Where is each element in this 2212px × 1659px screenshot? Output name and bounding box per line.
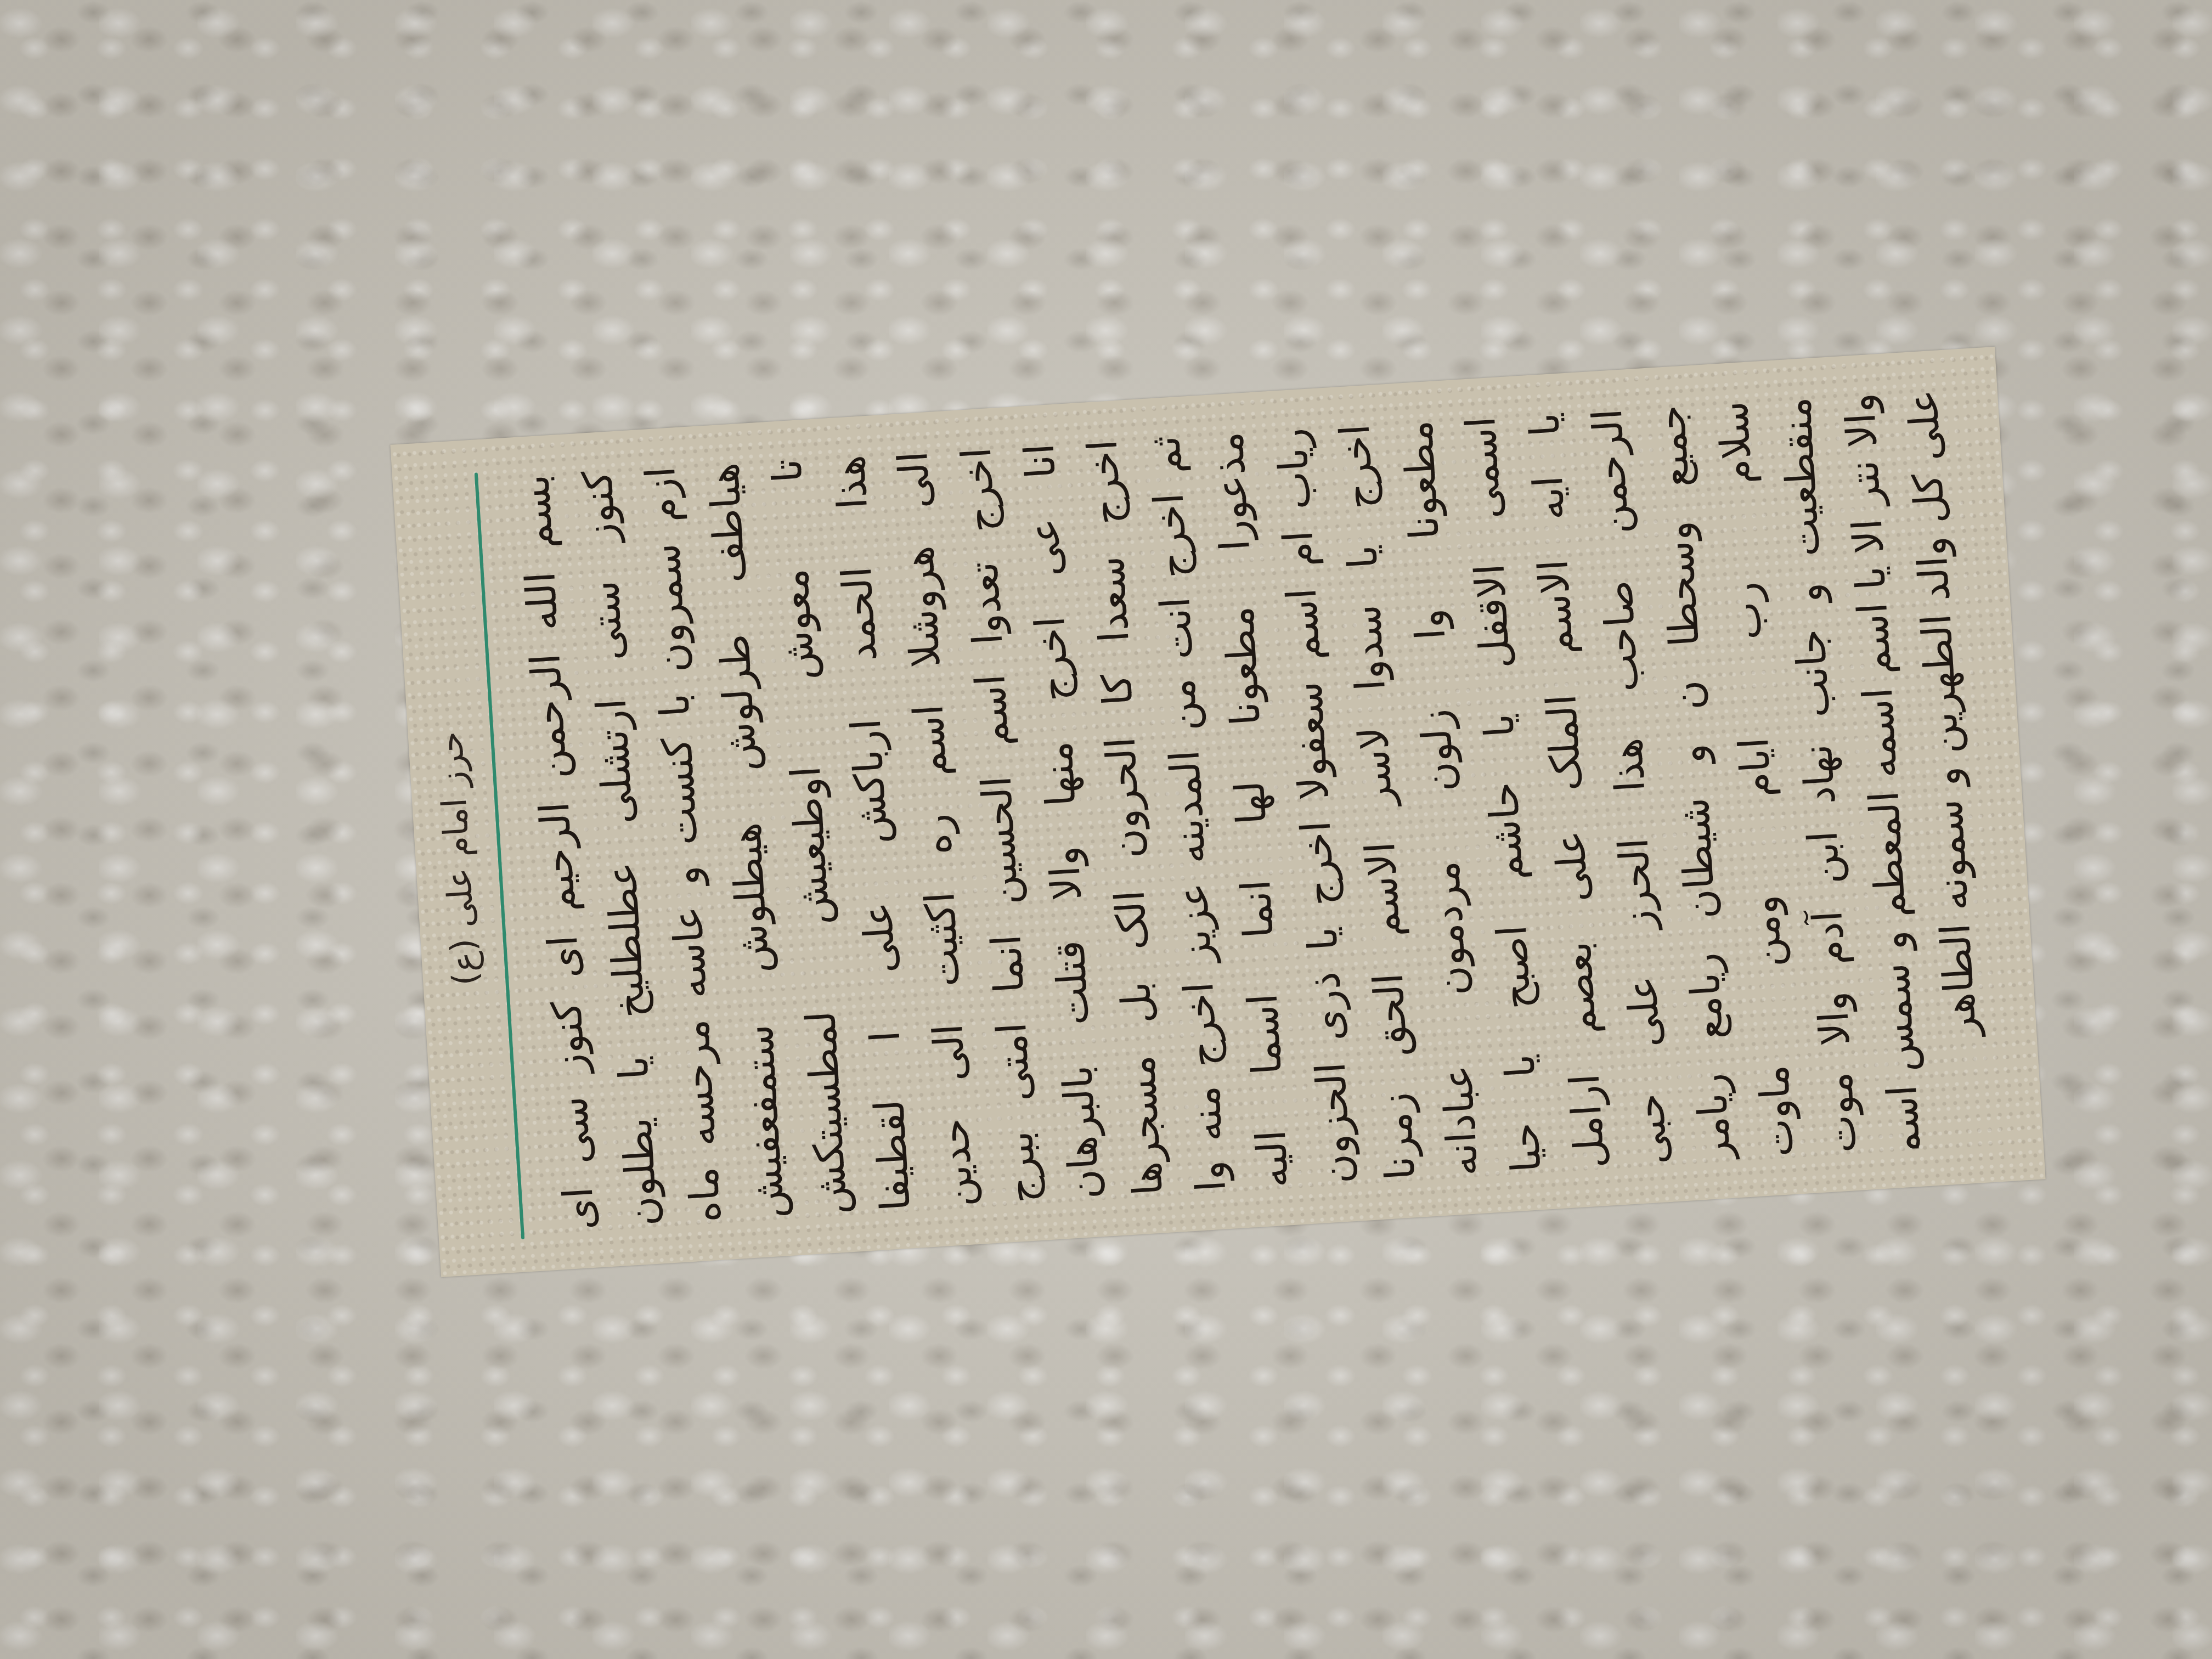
- talisman-paper: حرز امام علی (ع) بسم الله الرحمن الرحیم …: [390, 347, 2045, 1277]
- handwritten-text-body: بسم الله الرحمن الرحیم ای کنوز سی ای کنو…: [502, 388, 1999, 1232]
- document-title: حرز امام علی (ع): [412, 441, 503, 1276]
